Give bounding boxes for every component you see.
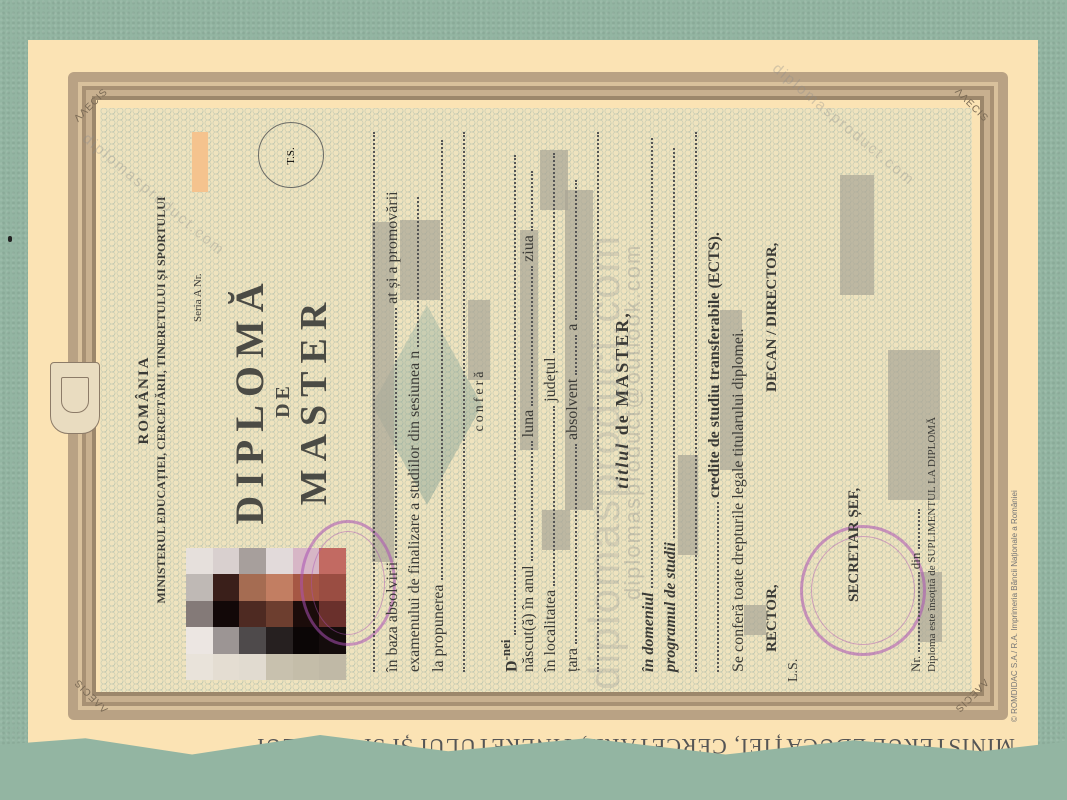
watermark-email: diplomasproduct@outlook.com xyxy=(620,244,646,600)
diploma-text-page: ROMÂNIA MINISTERUL EDUCAȚIEI, CERCETĂRII… xyxy=(100,108,972,692)
line-name: D-nei xyxy=(498,88,521,672)
secretary-signature-label: SECRETAR ȘEF, xyxy=(846,18,863,602)
printer-credit: © ROMDIDAC S.A./ R.A. Imprimeria Băncii … xyxy=(1010,490,1019,722)
line-born: născut(ă) în anul luna ziua xyxy=(520,88,538,672)
line-locality: în localitatea județul xyxy=(542,88,560,672)
title-diploma: DIPLOMĂ xyxy=(226,108,273,692)
coat-of-arms-icon xyxy=(50,362,100,434)
line-based: în baza absolvirii at și a promovării xyxy=(384,88,402,672)
line-exam: examenului de finalizare a studiilor din… xyxy=(406,88,424,672)
line-program: programul de studii xyxy=(662,88,680,672)
dean-signature-label: DECAN / DIRECTOR, xyxy=(764,0,781,392)
confers-label: conferă xyxy=(472,108,488,692)
edge-mark xyxy=(8,236,12,242)
line-proposal: la propunerea xyxy=(430,88,448,672)
line-credits: credite de studiu transferabile (ECTS). xyxy=(706,88,724,672)
serial-label: Seria A Nr. xyxy=(192,0,204,322)
ls-label: L.S. xyxy=(786,98,802,682)
title-master: MASTER xyxy=(292,108,336,692)
supplement-note: Diploma este însoțită de SUPLIMENTUL LA … xyxy=(926,88,938,672)
line-rights: Se conferă toate drepturile legale titul… xyxy=(730,88,748,672)
